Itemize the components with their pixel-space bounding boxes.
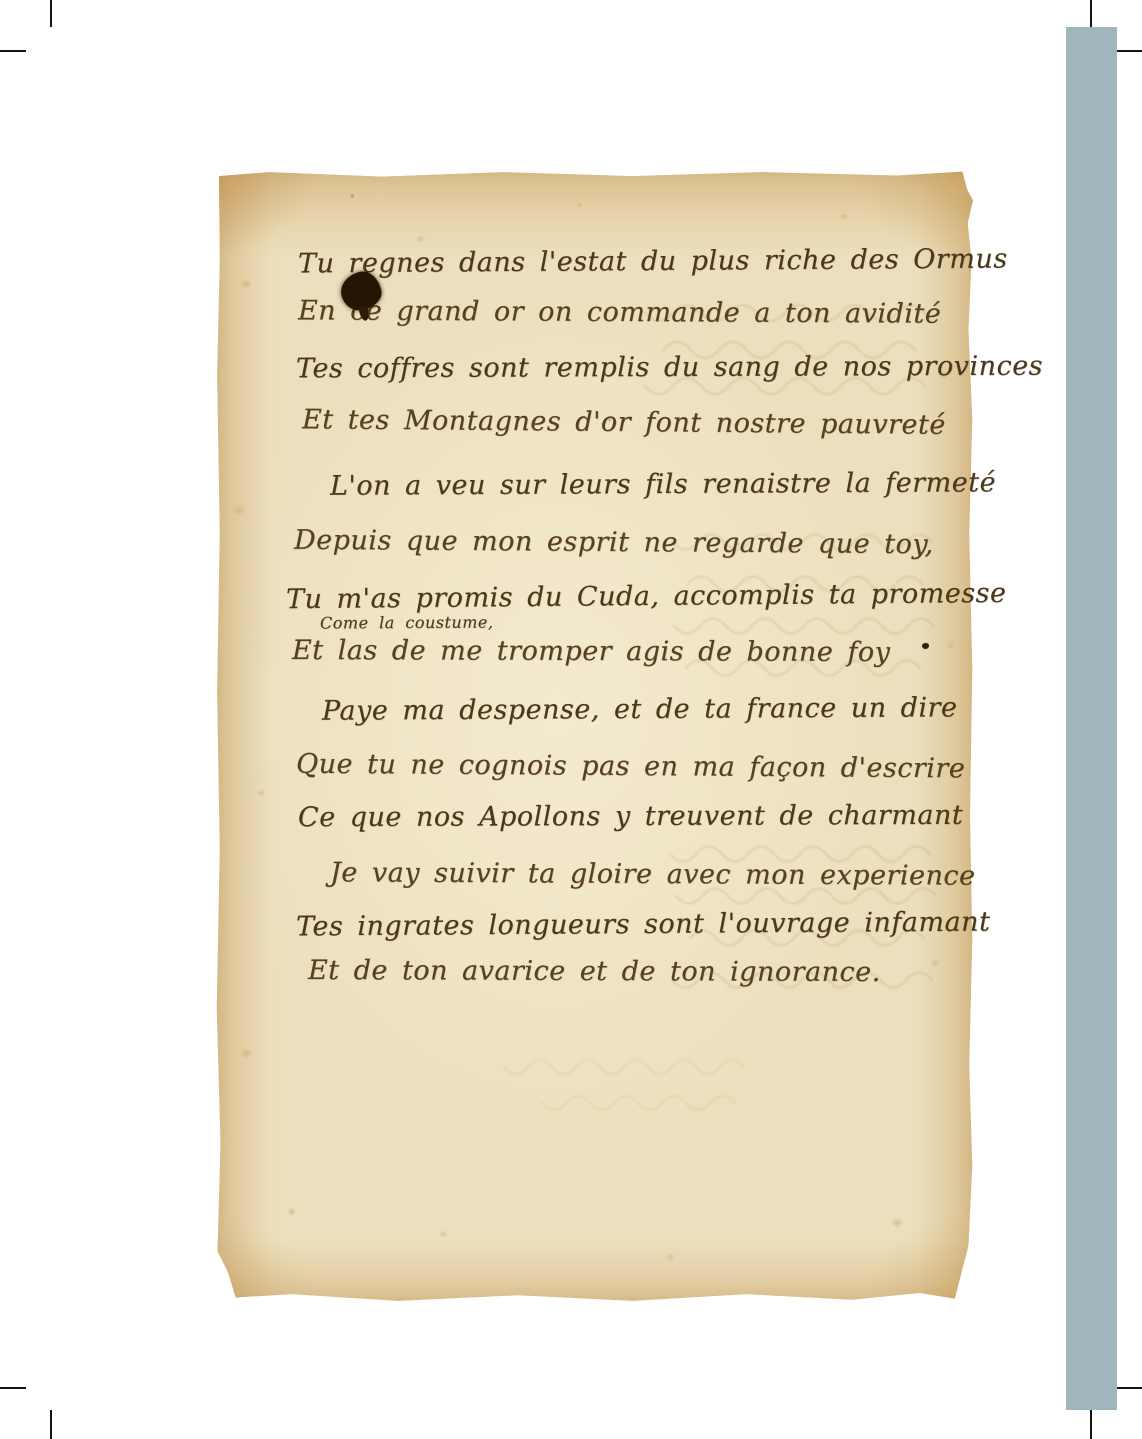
- crop-mark-top-left-vertical: [50, 0, 52, 27]
- accent-bar: [1066, 27, 1117, 1410]
- manuscript-line: En ce grand or on commande a ton avidité: [298, 291, 941, 334]
- manuscript-line: Depuis que mon esprit ne regarde que toy…: [294, 521, 934, 565]
- manuscript-line: Que tu ne cognois pas en ma façon d'escr…: [296, 745, 966, 790]
- manuscript-line: Ce que nos Apollons y treuvent de charma…: [298, 796, 963, 838]
- crop-mark-bottom-left-horizontal: [0, 1387, 26, 1389]
- crop-mark-top-right-horizontal: [1116, 50, 1142, 52]
- crop-mark-top-right-vertical: [1090, 0, 1092, 27]
- crop-mark-bottom-right-vertical: [1090, 1410, 1092, 1439]
- manuscript-line: Et tes Montagnes d'or font nostre pauvre…: [302, 400, 946, 446]
- manuscript-line: L'on a veu sur leurs fils renaistre la f…: [330, 463, 996, 506]
- ink-bleedthrough: [490, 1045, 750, 1125]
- crop-mark-bottom-right-horizontal: [1116, 1387, 1142, 1389]
- manuscript-line: Tu regnes dans l'estat du plus riche des…: [298, 240, 1008, 285]
- manuscript-line: Et de ton avarice et de ton ignorance.: [308, 951, 881, 993]
- crop-mark-bottom-left-vertical: [50, 1410, 52, 1439]
- manuscript-line: Tes ingrates longueurs sont l'ouvrage in…: [296, 903, 991, 948]
- manuscript-line: Je vay suivir ta gloire avec mon experie…: [330, 853, 976, 896]
- crop-mark-top-left-horizontal: [0, 50, 26, 52]
- manuscript-line: Tes coffres sont remplis du sang de nos …: [296, 347, 1043, 390]
- manuscript-line: Et las de me tromper agis de bonne foy: [292, 631, 891, 673]
- manuscript-line: Paye ma despense, et de ta france un dir…: [322, 688, 958, 731]
